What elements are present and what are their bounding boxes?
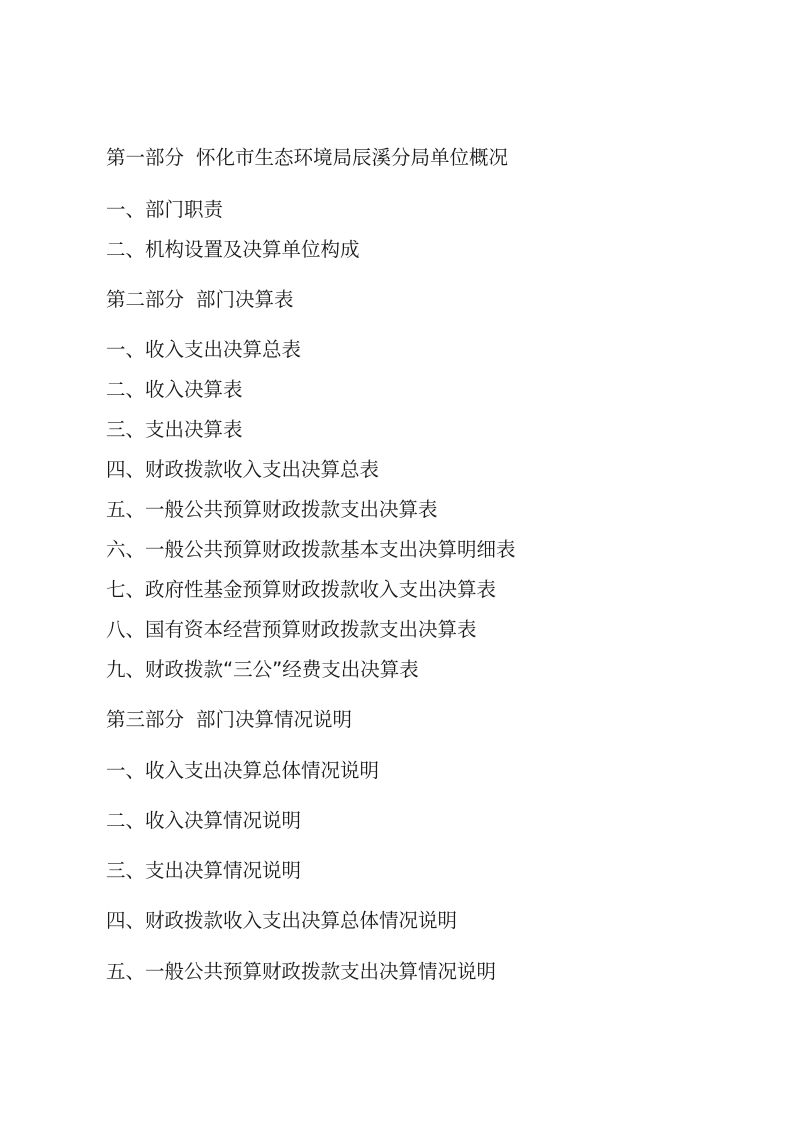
part3-title: 部门决算情况说明 [196,708,352,731]
toc-item: 二、收入决算情况说明 [106,809,301,833]
part1-title: 怀化市生态环境局辰溪分局单位概况 [196,146,508,169]
toc-item: 四、财政拨款收入支出决算总表 [106,458,379,482]
toc-item: 二、收入决算表 [106,378,243,402]
toc-item: 七、政府性基金预算财政拨款收入支出决算表 [106,578,496,602]
toc-item: 八、国有资本经营预算财政拨款支出决算表 [106,618,477,642]
toc-item: 一、收入支出决算总表 [106,338,301,362]
toc-item: 五、一般公共预算财政拨款支出决算表 [106,498,438,522]
part2-heading: 第二部分部门决算表 [106,288,294,312]
toc-item: 一、收入支出决算总体情况说明 [106,759,379,783]
toc-item: 六、一般公共预算财政拨款基本支出决算明细表 [106,538,516,562]
part2-label: 第二部分 [106,288,184,311]
part3-heading: 第三部分部门决算情况说明 [106,708,352,732]
toc-item: 三、支出决算表 [106,418,243,442]
toc-item: 五、一般公共预算财政拨款支出决算情况说明 [106,960,496,984]
part1-label: 第一部分 [106,146,184,169]
toc-item: 九、财政拨款“三公”经费支出决算表 [106,658,419,682]
toc-item: 四、财政拨款收入支出决算总体情况说明 [106,909,457,933]
part3-label: 第三部分 [106,708,184,731]
toc-item: 一、部门职责 [106,198,223,222]
part2-title: 部门决算表 [196,288,294,311]
toc-item: 二、机构设置及决算单位构成 [106,238,360,262]
toc-item: 三、支出决算情况说明 [106,859,301,883]
part1-heading: 第一部分怀化市生态环境局辰溪分局单位概况 [106,146,508,170]
